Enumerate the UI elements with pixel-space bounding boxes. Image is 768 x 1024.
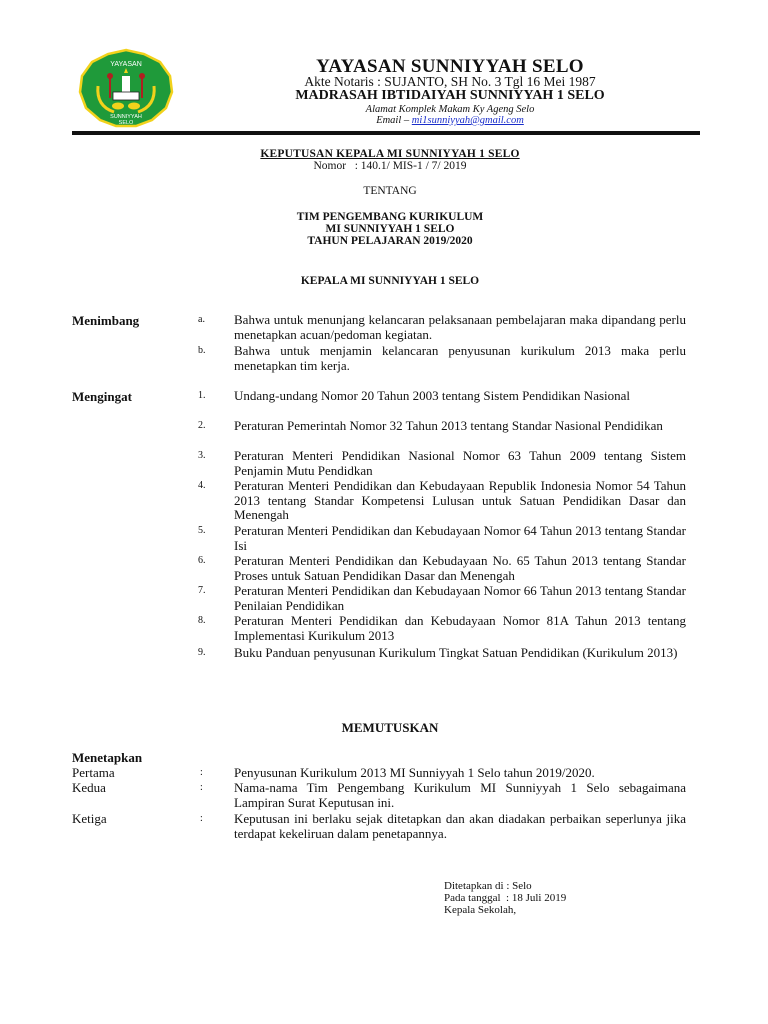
issuer: KEPALA MI SUNNIYYAH 1 SELO [60,275,720,287]
email-link[interactable]: mi1sunniyyah@gmail.com [412,115,524,126]
decree-title: KEPUTUSAN KEPALA MI SUNNIYYAH 1 SELO [60,148,720,160]
item-marker: 8. [198,614,228,629]
decision-row: Ketiga : Keputusan ini berlaku sejak dit… [72,812,686,841]
decision-key: Kedua [72,781,106,796]
decision-separator: : [200,766,203,781]
item-marker: 7. [198,584,228,599]
item-text: Bahwa untuk menunjang kelancaran pelaksa… [234,313,686,342]
mengingat-item: 5. Peraturan Menteri Pendidikan dan Kebu… [198,524,686,553]
item-text: Peraturan Menteri Pendidikan dan Kebuday… [234,524,686,553]
signature-date: Pada tanggal : 18 Juli 2019 [444,892,566,904]
item-text: Peraturan Menteri Pendidikan dan Kebuday… [234,584,686,613]
decision-separator: : [200,812,203,827]
decision-key: Pertama [72,766,115,781]
item-text: Buku Panduan penyusunan Kurikulum Tingka… [234,646,686,661]
menimbang-item: a. Bahwa untuk menunjang kelancaran pela… [198,313,686,342]
decree-number: Nomor : 140.1/ MIS-1 / 7/ 2019 [60,160,720,172]
item-text: Peraturan Menteri Pendidikan dan Kebuday… [234,614,686,643]
menimbang-item: b. Bahwa untuk menjamin kelancaran penyu… [198,344,686,373]
mengingat-item: 4. Peraturan Menteri Pendidikan dan Kebu… [198,479,686,523]
mengingat-item: 9. Buku Panduan penyusunan Kurikulum Tin… [198,646,686,661]
signature-title: Kepala Sekolah, [444,904,516,916]
email-line: Email – mi1sunniyyah@gmail.com [200,115,700,126]
foundation-emblem-icon: YAYASAN SUNNIYYAH SELO [76,48,176,128]
decision-key: Ketiga [72,812,107,827]
item-marker: a. [198,313,228,328]
item-marker: 9. [198,646,228,661]
svg-text:SELO: SELO [119,120,134,126]
mengingat-item: 8. Peraturan Menteri Pendidikan dan Kebu… [198,614,686,643]
signature-place: Ditetapkan di : Selo [444,880,532,892]
memutuskan-heading: MEMUTUSKAN [60,720,720,736]
subject-line-3: TAHUN PELAJARAN 2019/2020 [60,235,720,247]
item-marker: 2. [198,419,228,434]
item-marker: 1. [198,389,228,404]
item-text: Undang-undang Nomor 20 Tahun 2003 tentan… [234,389,686,404]
item-marker: 4. [198,479,228,494]
item-marker: 3. [198,449,228,464]
mengingat-label: Mengingat [72,389,132,405]
mengingat-item: 6. Peraturan Menteri Pendidikan dan Kebu… [198,554,686,583]
menetapkan-label: Menetapkan [72,750,142,766]
item-text: Peraturan Menteri Pendidikan Nasional No… [234,449,686,478]
item-marker: b. [198,344,228,359]
decision-row: Kedua : Nama-nama Tim Pengembang Kurikul… [72,781,686,810]
letterhead-divider [72,131,700,135]
mengingat-item: 7. Peraturan Menteri Pendidikan dan Kebu… [198,584,686,613]
email-prefix: Email – [376,115,412,126]
mengingat-item: 1. Undang-undang Nomor 20 Tahun 2003 ten… [198,389,686,404]
document-page: YAYASAN SUNNIYYAH SELO YAYASAN SUNNIYYAH… [0,0,768,1024]
item-marker: 6. [198,554,228,569]
item-text: Peraturan Menteri Pendidikan dan Kebuday… [234,479,686,523]
item-text: Peraturan Pemerintah Nomor 32 Tahun 2013… [234,419,686,434]
subject-line-2: MI SUNNIYYAH 1 SELO [60,223,720,235]
item-text: Bahwa untuk menjamin kelancaran penyusun… [234,344,686,373]
decision-value: Penyusunan Kurikulum 2013 MI Sunniyyah 1… [234,766,686,781]
menimbang-label: Menimbang [72,313,139,329]
item-text: Peraturan Menteri Pendidikan dan Kebuday… [234,554,686,583]
decision-separator: : [200,781,203,796]
subject-line-1: TIM PENGEMBANG KURIKULUM [60,211,720,223]
item-marker: 5. [198,524,228,539]
mengingat-item: 3. Peraturan Menteri Pendidikan Nasional… [198,449,686,478]
school-name: MADRASAH IBTIDAIYAH SUNNIYYAH 1 SELO [200,88,700,104]
decision-value: Nama-nama Tim Pengembang Kurikulum MI Su… [234,781,686,810]
svg-text:YAYASAN: YAYASAN [110,61,142,68]
about-label: TENTANG [60,185,720,197]
mengingat-item: 2. Peraturan Pemerintah Nomor 32 Tahun 2… [198,419,686,434]
school-address: Alamat Komplek Makam Ky Ageng Selo [200,104,700,115]
decision-value: Keputusan ini berlaku sejak ditetapkan d… [234,812,686,841]
decision-row: Pertama : Penyusunan Kurikulum 2013 MI S… [72,766,686,781]
